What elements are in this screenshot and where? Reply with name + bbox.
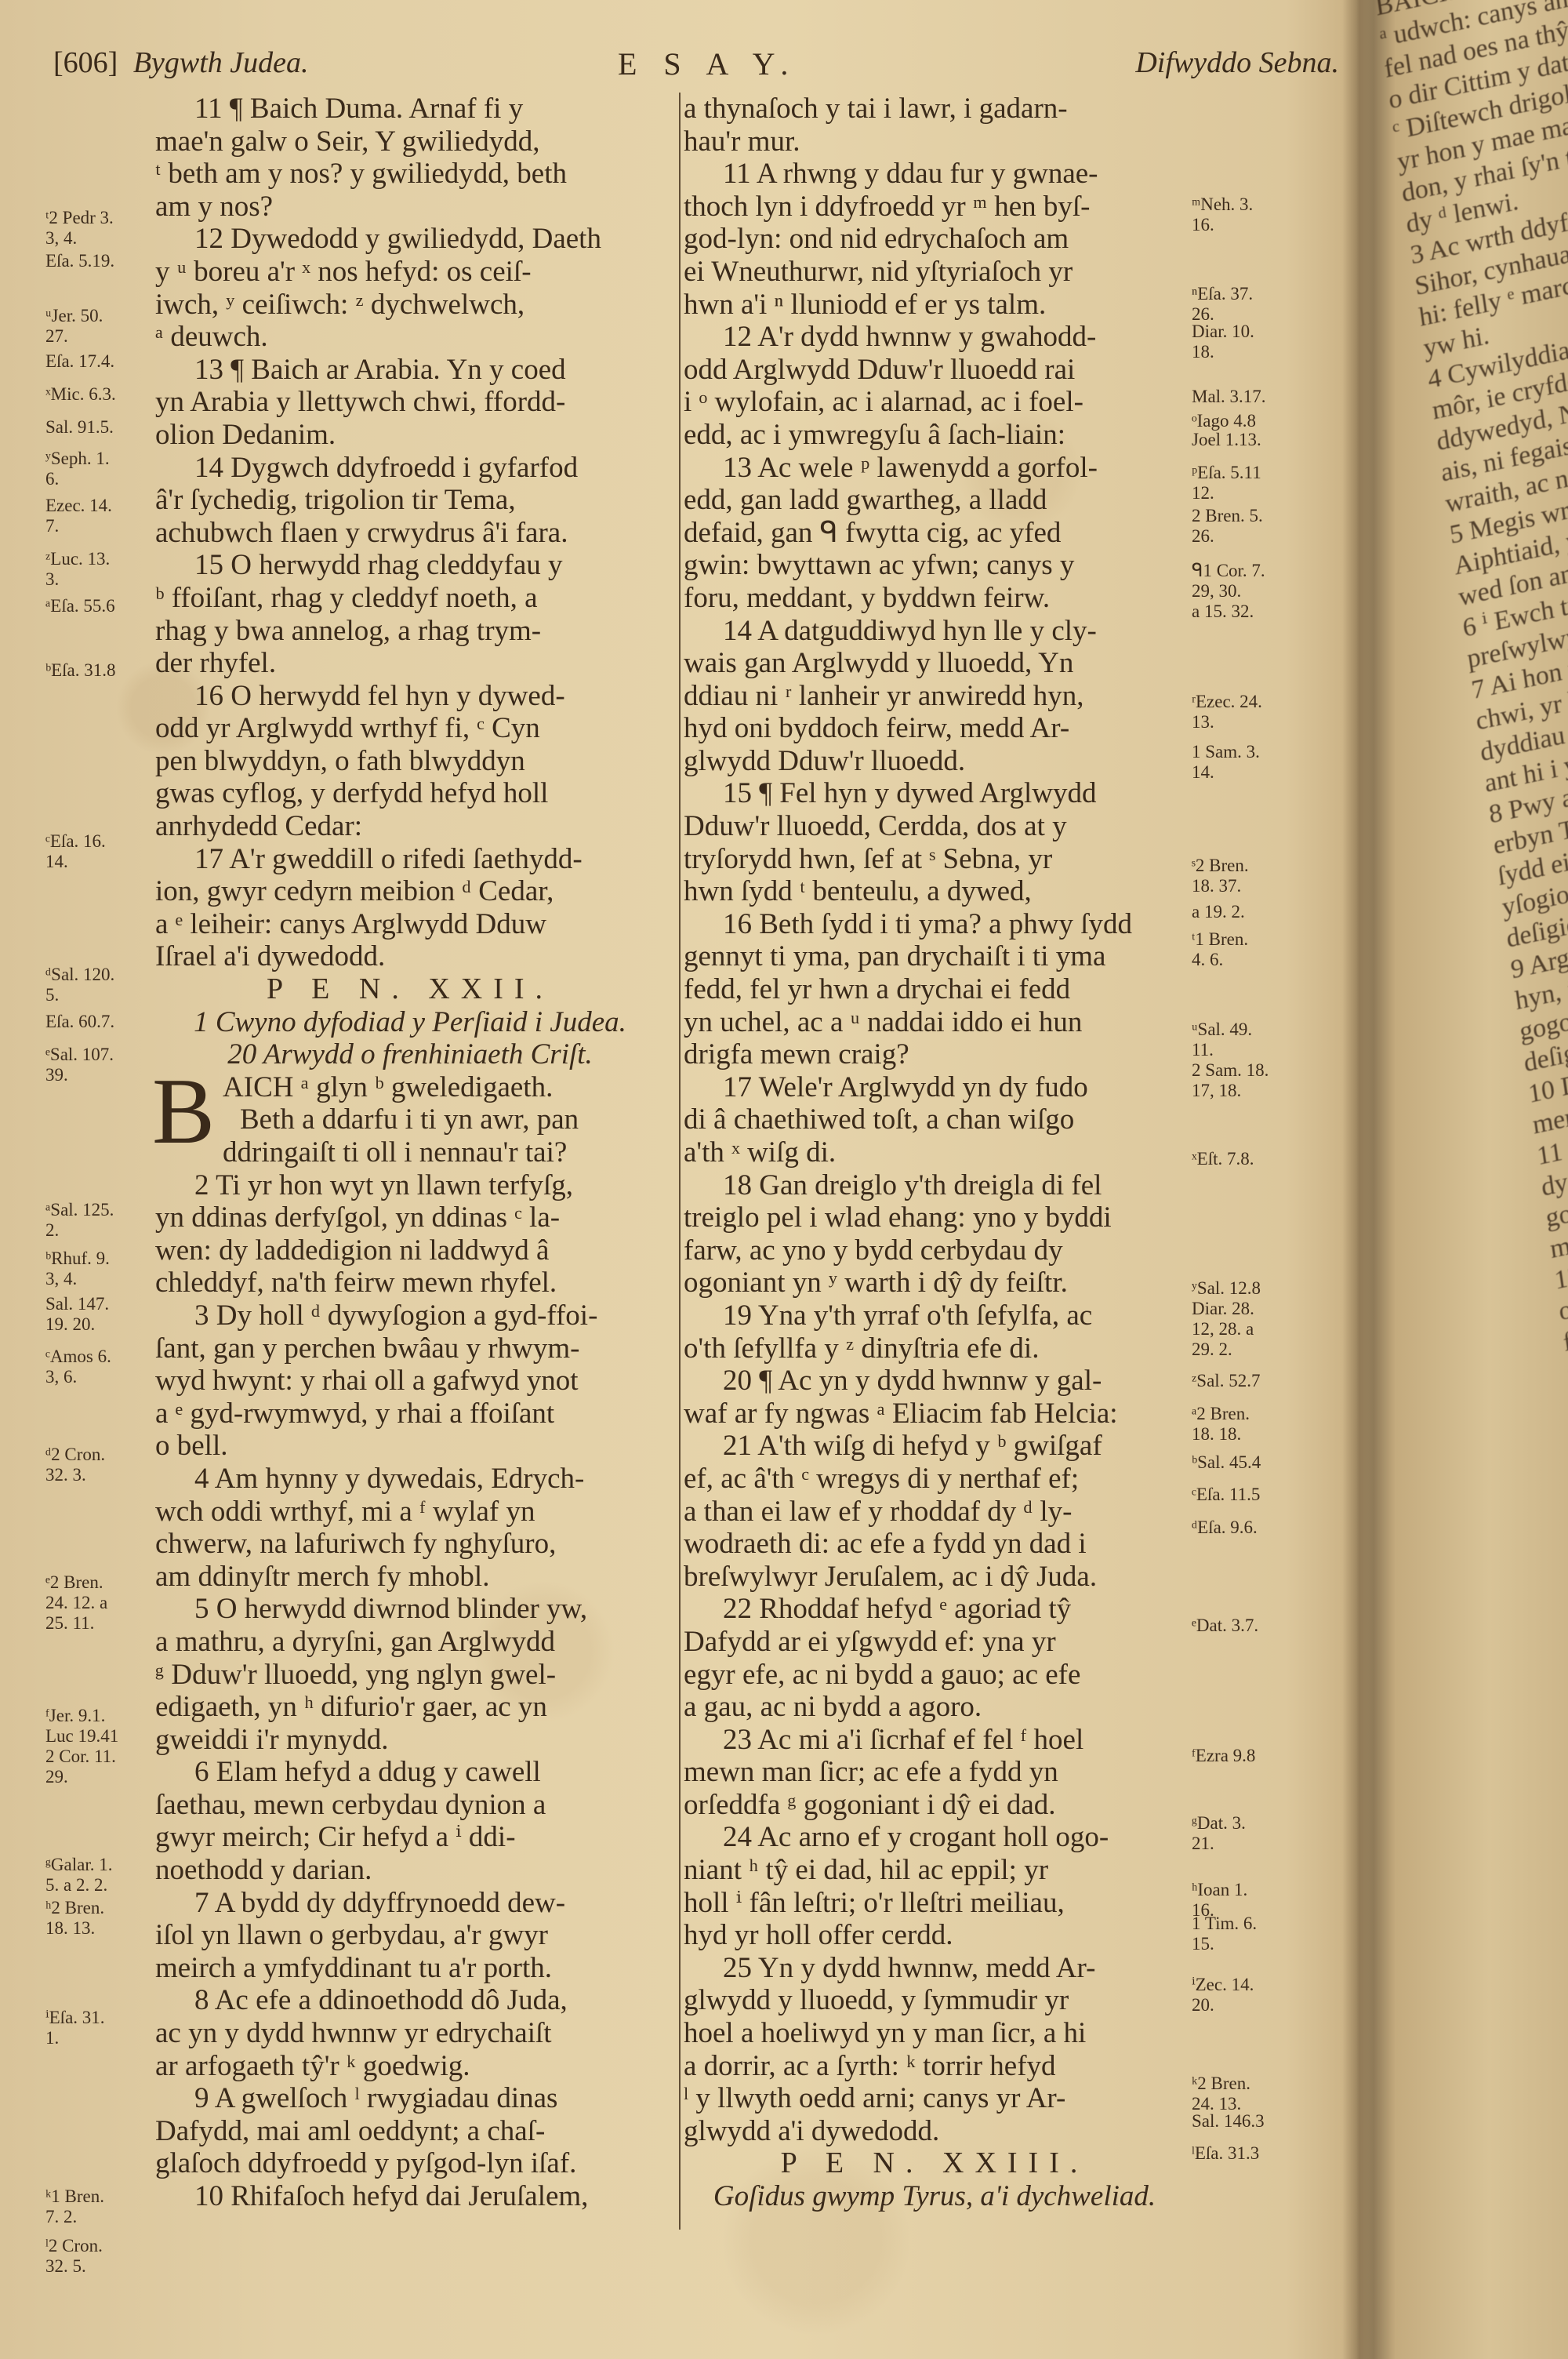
text-line: hyd yr holl offer cerdd. [684,1919,1185,1952]
margin-reference: ᵍDat. 3. 21. [1192,1813,1246,1854]
margin-reference: ᵈ2 Cron. 32. 3. [45,1445,105,1485]
text-line: ddiau ni ʳ lanheir yr anwiredd hyn, [684,680,1185,713]
text-line: glwydd y lluoedd, y ſymmudir yr [684,1984,1185,2017]
text-line: Dduw'r lluoedd, Cerdda, dos at y [684,810,1185,843]
margin-reference: ˣEſt. 7.8. [1192,1149,1254,1169]
margin-reference: ᵘJer. 50. 27. [45,306,103,347]
text-line: anrhydedd Cedar: [155,810,665,843]
verse-start-line: 25 Yn y dydd hwnnw, medd Ar- [684,1952,1185,1985]
margin-reference: ˣMic. 6.3. [45,384,116,405]
margin-reference: ᵇEſa. 31.8 [45,660,116,681]
facing-page-text: BAICH Tyrus. Udwch, llongauᵃ udwch: cany… [1374,0,1568,2012]
text-line: gwyr meirch; Cir hefyd a ⁱ ddi- [155,1821,665,1854]
margin-reference: ᵗ2 Pedr 3. 3, 4. [45,208,114,249]
drop-cap-line: BAICH ᵃ glyn ᵇ gweledigaeth. [155,1071,665,1104]
margin-reference: ᶜEſa. 11.5 [1192,1485,1260,1505]
margin-reference: ᵘSal. 49. 11. [1192,1020,1252,1060]
verse-start-line: 15 O herwydd rhag cleddyfau y [155,549,665,582]
text-line: ei Wneuthurwr, nid yſtyriaſoch yr [684,256,1185,289]
text-line: wen: dy laddedigion ni laddwyd â [155,1234,665,1267]
book-title: E S A Y. [618,45,797,82]
margin-reference: ᶻLuc. 13. 3. [45,549,110,590]
margin-reference: ᶠJer. 9.1. Luc 19.41 2 Cor. 11. 29. [45,1706,118,1787]
text-line: yn Arabia y llettywch chwi, ffordd- [155,386,665,419]
verse-start-line: 10 Rhifaſoch hefyd dai Jeruſalem, [155,2180,665,2213]
text-line: odd yr Arglwydd wrthyf fi, ᶜ Cyn [155,712,665,745]
text-line: pen blwyddyn, o fath blwyddyn [155,745,665,778]
verse-start-line: 13 Ac wele ᵖ lawenydd a gorfol- [684,452,1185,485]
page-number: [606] [53,46,118,79]
text-line: a mathru, a dyryſni, gan Arglwydd [155,1626,665,1659]
verse-start-line: 11 ¶ Baich Duma. Arnaf fi y [155,93,665,125]
verse-start-line: 12 Dywedodd y gwiliedydd, Daeth [155,223,665,256]
text-line: wch oddi wrthyf, mi a ᶠ wylaf yn [155,1496,665,1528]
text-line: niant ʰ tŷ ei dad, hil ac eppil; yr [684,1854,1185,1887]
text-line: Iſrael a'i dywedodd. [155,940,665,973]
chapter-heading: P E N. XXII. [155,973,665,1006]
text-line: edigaeth, yn ʰ difurio'r gaer, ac yn [155,1691,665,1724]
text-line: orſeddfa ᵍ gogoniant i dŷ ei dad. [684,1789,1185,1822]
text-line: wyd hwynt: y rhai oll a gafwyd ynot [155,1365,665,1398]
margin-reference: ʳEzec. 24. 13. [1192,692,1262,732]
margin-reference: 1 Sam. 3. 14. [1192,742,1260,783]
verse-start-line: 16 Beth ſydd i ti yma? a phwy ſydd [684,908,1185,941]
text-line: ddringaiſt ti oll i nennau'r tai? [155,1136,665,1169]
text-line: tryſorydd hwn, ſef at ˢ Sebna, yr [684,843,1185,876]
text-line: ſant, gan y perchen bwâau y rhwym- [155,1332,665,1365]
text-line: olion Dedanim. [155,419,665,452]
text-line: ion, gwyr cedyrn meibion ᵈ Cedar, [155,875,665,908]
running-head: [606] Bygwth Judea. E S A Y. Difwyddo Se… [53,45,1339,85]
verse-start-line: 19 Yna y'th yrraf o'th ſefylfa, ac [684,1299,1185,1332]
text-line: meirch a ymfyddinant tu a'r porth. [155,1952,665,1985]
margin-reference: ᵗ1 Bren. 4. 6. [1192,929,1248,970]
text-line: odd Arglwydd Dduw'r lluoedd rai [684,354,1185,387]
margin-reference: ˡEſa. 31.3 [1192,2143,1259,2164]
chapter-summary: 20 Arwydd o frenhiniaeth Criſt. [155,1038,665,1071]
column-divider-rule [679,93,681,2230]
text-line: â'r ſychedig, trigolion tir Tema, [155,484,665,517]
text-line: Dafydd ar ei yſgwydd ef: yna yr [684,1626,1185,1659]
text-line: glwydd a'i dywedodd. [684,2115,1185,2148]
text-line: a ᵉ gyd-rwymwyd, y rhai a ffoiſant [155,1398,665,1430]
text-line: a gau, ac ni bydd a agoro. [684,1691,1185,1724]
margin-reference: ᶻSal. 52.7 [1192,1371,1260,1391]
margin-reference: ⁱZec. 14. 20. [1192,1975,1254,2016]
verse-start-line: 15 ¶ Fel hyn y dywed Arglwydd [684,777,1185,810]
margin-reference: ᵈSal. 120. 5. [45,965,114,1005]
text-line: chleddyf, na'th feirw mewn rhyfel. [155,1267,665,1299]
verse-start-line: 17 A'r gweddill o rifedi ſaethydd- [155,843,665,876]
text-line: a'th ˣ wiſg di. [684,1136,1185,1169]
text-line: wodraeth di: ac efe a fydd yn dad i [684,1528,1185,1561]
margin-reference: ᵐNeh. 3. 16. [1192,194,1253,235]
text-line: o bell. [155,1430,665,1463]
running-head-left: [606] Bygwth Judea. [53,45,309,80]
margin-reference: a 19. 2. [1192,902,1245,922]
margin-reference: ʸSeph. 1. 6. [45,449,110,489]
text-line: ᵃ deuwch. [155,321,665,354]
text-line: hoel a hoeliwyd yn y man ſicr, a hi [684,2017,1185,2050]
text-line: egyr efe, ac ni bydd a gauo; ac efe [684,1659,1185,1692]
verse-start-line: 17 Wele'r Arglwydd yn dy fudo [684,1071,1185,1104]
margin-reference: 2 Bren. 5. 26. [1192,506,1263,547]
margin-reference: ᵏ1 Bren. 7. 2. [45,2186,104,2227]
text-line: hyd oni byddoch feirw, medd Ar- [684,712,1185,745]
verse-start-line: 9 A gwelſoch ˡ rwygiadau dinas [155,2082,665,2115]
text-line: a ᵉ leiheir: canys Arglwydd Dduw [155,908,665,941]
text-line: am y nos? [155,191,665,224]
margin-reference: ʰ2 Bren. 18. 13. [45,1898,104,1939]
margin-reference: Eſa. 5.19. [45,251,114,271]
facing-page: BAICH Tyrus. Udwch, llongauᵃ udwch: cany… [1366,0,1568,2359]
margin-reference: ᵖEſa. 5.11 12. [1192,463,1261,503]
verse-start-line: 7 A bydd dy ddyffrynoedd dew- [155,1887,665,1920]
margin-reference: ᵉSal. 107. 39. [45,1045,114,1085]
margin-reference: Eſa. 60.7. [45,1012,114,1032]
margin-reference: ʸSal. 12.8 Diar. 28. 12, 28. a 29. 2. [1192,1278,1261,1360]
margin-reference: Sal. 91.5. [45,417,114,438]
margin-reference: Diar. 10. 18. [1192,322,1254,362]
text-line: thoch lyn i ddyfroedd yr ᵐ hen byſ- [684,191,1185,224]
verse-start-line: 13 ¶ Baich ar Arabia. Yn y coed [155,354,665,387]
text-line: foru, meddant, y byddwn feirw. [684,582,1185,615]
margin-reference: ᵈEſa. 9.6. [1192,1518,1258,1538]
margin-reference: ᵒIago 4.8 [1192,411,1256,431]
text-line: ſaethau, mewn cerbydau dynion a [155,1789,665,1822]
text-line: iwch, ʸ ceiſiwch: ᶻ dychwelwch, [155,289,665,322]
chapter-summary: 1 Cwyno dyfodiad y Perſiaid i Judea. [155,1006,665,1039]
text-line: ogoniant yn ʸ warth i dŷ dy feiſtr. [684,1267,1185,1299]
text-line: ef, ac â'th ᶜ wregys di y nerthaf ef; [684,1463,1185,1496]
text-line: di â chaethiwed toſt, a chan wiſgo [684,1103,1185,1136]
text-line: Dafydd, mai aml oeddynt; a chaſ- [155,2115,665,2148]
margin-reference: Sal. 147. 19. 20. [45,1294,109,1335]
text-line: ac yn y dydd hwnnw yr edrychaiſt [155,2017,665,2050]
left-running-title: Bygwth Judea. [133,46,309,79]
chapter-heading: P E N. XXIII. [684,2147,1185,2180]
verse-start-line: 8 Ac efe a ddinoethodd dô Juda, [155,1984,665,2017]
text-line: a thynaſoch y tai i lawr, i gadarn- [684,93,1185,125]
text-line: edd, gan ladd gwartheg, a lladd [684,484,1185,517]
text-line: i ᵒ wylofain, ac i alarnad, ac i foel- [684,386,1185,419]
drop-cap-letter: B [152,1076,215,1147]
margin-reference: Mal. 3.17. [1192,387,1266,407]
margin-reference: ᵉDat. 3.7. [1192,1616,1258,1636]
text-line: glaſoch ddyfroedd y pyſgod-lyn iſaf. [155,2147,665,2180]
margin-reference: ᶜEſa. 16. 14. [45,831,106,872]
text-line: ar arfogaeth tŷ'r ᵏ goedwig. [155,2050,665,2083]
margin-reference: ⁱEſa. 31. 1. [45,2008,105,2048]
text-line: ˡ y llwyth oedd arni; canys yr Ar- [684,2082,1185,2115]
margin-reference: ᶠEzra 9.8 [1192,1746,1255,1766]
verse-start-line: 11 A rhwng y ddau fur y gwnae- [684,158,1185,191]
verse-start-line: 22 Rhoddaf hefyd ᵉ agoriad tŷ [684,1593,1185,1626]
verse-start-line: 3 Dy holl ᵈ dywyſogion a gyd-ffoi- [155,1299,665,1332]
text-line: drigfa mewn craig? [684,1038,1185,1071]
text-line: a dorrir, ac a ſyrth: ᵏ torrir hefyd [684,2050,1185,2083]
verse-start-line: 14 A datguddiwyd hyn lle y cly- [684,615,1185,648]
margin-reference: Joel 1.13. [1192,430,1261,450]
margin-reference: ᵇRhuf. 9. 3, 4. [45,1249,110,1289]
left-page: [606] Bygwth Judea. E S A Y. Difwyddo Se… [0,0,1360,2359]
text-line: gwas cyflog, y derfydd hefyd holl [155,777,665,810]
margin-reference: ˡ2 Cron. 32. 5. [45,2236,103,2277]
margin-reference: ᵃSal. 125. 2. [45,1200,114,1241]
margin-reference: ᵉ2 Bren. 24. 12. a 25. 11. [45,1572,107,1634]
verse-start-line: 6 Elam hefyd a ddug y cawell [155,1756,665,1789]
text-line: fedd, fel yr hwn a drychai ei fedd [684,973,1185,1006]
text-line: hwn ſydd ᵗ benteulu, a dywed, [684,875,1185,908]
chapter-summary: Goſidus gwymp Tyrus, a'i dychweliad. [684,2180,1185,2213]
text-line: god-lyn: ond nid edrychaſoch am [684,223,1185,256]
margin-reference: ⁿEſa. 37. 26. [1192,284,1253,325]
text-line: ᵗ beth am y nos? y gwiliedydd, beth [155,158,665,191]
margin-reference: a 15. 32. [1192,602,1254,622]
verse-start-line: 2 Ti yr hon wyt yn llawn terfyſg, [155,1169,665,1202]
text-line: treiglo pel i wlad ehang: yno y byddi [684,1201,1185,1234]
margin-reference: ᵇSal. 45.4 [1192,1452,1261,1473]
margin-reference: ᵃ2 Bren. 18. 18. [1192,1404,1250,1445]
text-line: ᵍ Dduw'r lluoedd, yng nglyn gwel- [155,1659,665,1692]
text-line: o'th ſefyllfa y ᶻ dinyſtria efe di. [684,1332,1185,1365]
right-text-column: a thynaſoch y tai i lawr, i gadarn-hau'r… [684,93,1185,2213]
margin-reference: ᵍGalar. 1. 5. a 2. 2. [45,1855,112,1896]
verse-start-line: 12 A'r dydd hwnnw y gwahodd- [684,321,1185,354]
margin-reference: ˢ2 Bren. 18. 37. [1192,856,1249,896]
text-line: am ddinyſtr merch fy mhobl. [155,1561,665,1594]
text-line: holl ⁱ fân leſtri; o'r lleſtri meiliau, [684,1887,1185,1920]
margin-reference: 2 Sam. 18. 17, 18. [1192,1060,1269,1101]
text-line: yn ddinas derfyſgol, yn ddinas ᶜ la- [155,1201,665,1234]
text-line: gwin: bwyttawn ac yfwn; canys y [684,549,1185,582]
text-line: y ᵘ boreu a'r ˣ nos hefyd: os ceiſ- [155,256,665,289]
text-line: mewn man ſicr; ac efe a fydd yn [684,1756,1185,1789]
left-text-column: 11 ¶ Baich Duma. Arnaf fi ymae'n galw o … [155,93,665,2213]
verse-start-line: 23 Ac mi a'i ſicrhaf ef fel ᶠ hoel [684,1724,1185,1757]
text-line: rhag y bwa annelog, a rhag trym- [155,615,665,648]
text-line: noethodd y darian. [155,1854,665,1887]
text-line: wais gan Arglwydd y lluoedd, Yn [684,647,1185,680]
text-line: breſwylwyr Jeruſalem, ac i dŷ Juda. [684,1561,1185,1594]
verse-start-line: 24 Ac arno ef y crogant holl ogo- [684,1821,1185,1854]
margin-reference: ᑫ1 Cor. 7. 29, 30. [1192,561,1265,602]
verse-start-line: 16 O herwydd fel hyn y dywed- [155,680,665,713]
verse-start-line: 18 Gan dreiglo y'th dreigla di fel [684,1169,1185,1202]
margin-reference: ᵏ2 Bren. 24. 13. [1192,2074,1250,2114]
margin-reference: ᵃEſa. 55.6 [45,596,115,616]
text-line: Beth a ddarfu i ti yn awr, pan [155,1103,665,1136]
margin-reference: Eſa. 17.4. [45,351,114,372]
verse-start-line: 4 Am hynny y dywedais, Edrych- [155,1463,665,1496]
text-line: waf ar fy ngwas ᵃ Eliacim fab Helcia: [684,1398,1185,1430]
text-line: chwerw, na lafuriwch fy nghyſuro, [155,1528,665,1561]
text-line: hau'r mur. [684,125,1185,158]
text-line: yn uchel, ac a ᵘ naddai iddo ei hun [684,1006,1185,1039]
verse-start-line: 14 Dygwch ddyfroedd i gyfarfod [155,452,665,485]
text-line: der rhyfel. [155,647,665,680]
text-line: a than ei law ef y rhoddaf dy ᵈ ly- [684,1496,1185,1528]
text-line: edd, ac i ymwregyſu â ſach-liain: [684,419,1185,452]
text-line: mae'n galw o Seir, Y gwiliedydd, [155,125,665,158]
verse-start-line: 5 O herwydd diwrnod blinder yw, [155,1593,665,1626]
margin-reference: ᶜAmos 6. 3, 6. [45,1347,111,1387]
text-line: gennyt ti yma, pan drychaiſt i ti yma [684,940,1185,973]
margin-reference: Sal. 146.3 [1192,2111,1265,2132]
text-line: gweiddi i'r mynydd. [155,1724,665,1757]
margin-reference: 1 Tim. 6. 15. [1192,1914,1257,1954]
text-line: iſol yn llawn o gerbydau, a'r gwyr [155,1919,665,1952]
verse-start-line: 21 A'th wiſg di hefyd y ᵇ gwiſgaf [684,1430,1185,1463]
text-line: farw, ac yno y bydd cerbydau dy [684,1234,1185,1267]
text-line: hwn a'i ⁿ lluniodd ef er ys talm. [684,289,1185,322]
text-line: achubwch flaen y crwydrus â'i fara. [155,517,665,550]
margin-reference: Ezec. 14. 7. [45,496,112,536]
text-line: glwydd Dduw'r lluoedd. [684,745,1185,778]
right-running-title: Difwyddo Sebna. [1135,45,1339,80]
text-line: ᵇ ffoiſant, rhag y cleddyf noeth, a [155,582,665,615]
drop-cap-text: AICH ᵃ glyn ᵇ gweledigaeth. [223,1071,553,1103]
verse-start-line: 20 ¶ Ac yn y dydd hwnnw y gal- [684,1365,1185,1398]
text-line: defaid, gan ᑫ fwytta cig, ac yfed [684,517,1185,550]
